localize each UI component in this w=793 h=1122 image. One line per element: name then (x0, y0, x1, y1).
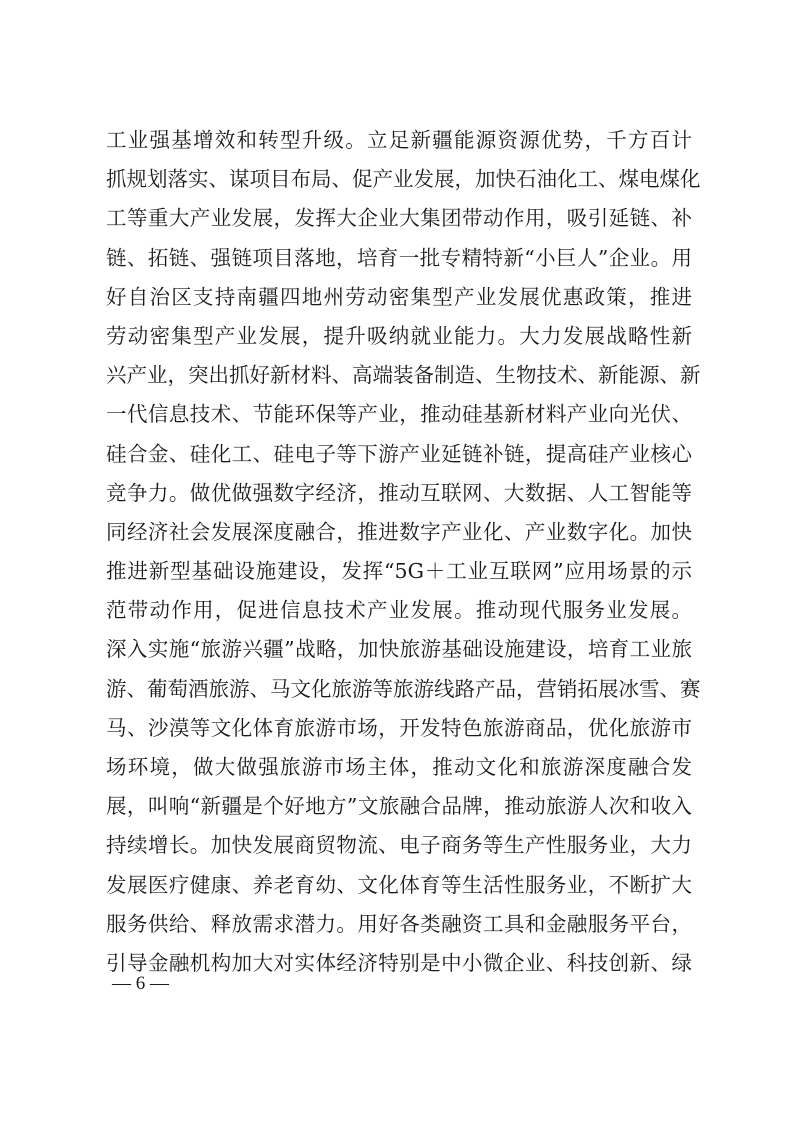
text-line: 服务供给、释放需求潜力。用好各类融资工具和金融服务平台， (106, 905, 692, 944)
text-line: 发展医疗健康、养老育幼、文化体育等生活性服务业，不断扩大 (106, 866, 692, 905)
text-line: 好自治区支持南疆四地州劳动密集型产业发展优惠政策，推进 (106, 278, 692, 317)
page-number: — 6 — (112, 972, 169, 996)
body-paragraph: 工业强基增效和转型升级。立足新疆能源资源优势，千方百计 抓规划落实、谋项目布局、… (106, 121, 692, 983)
text-line: 范带动作用，促进信息技术产业发展。推动现代服务业发展。 (106, 591, 692, 630)
text-line: 引导金融机构加大对实体经济特别是中小微企业、科技创新、绿 (106, 944, 692, 983)
text-line: 兴产业，突出抓好新材料、高端装备制造、生物技术、新能源、新 (106, 356, 692, 395)
text-line: 深入实施“旅游兴疆”战略，加快旅游基础设施建设，培育工业旅 (106, 630, 692, 669)
text-line: 劳动密集型产业发展，提升吸纳就业能力。大力发展战略性新 (106, 317, 692, 356)
text-line: 竞争力。做优做强数字经济，推动互联网、大数据、人工智能等 (106, 474, 692, 513)
text-line: 场环境，做大做强旅游市场主体，推动文化和旅游深度融合发 (106, 748, 692, 787)
text-line: 推进新型基础设施建设，发挥“5G＋工业互联网”应用场景的示 (106, 552, 692, 591)
text-line: 抓规划落实、谋项目布局、促产业发展，加快石油化工、煤电煤化 (106, 160, 692, 199)
text-line: 游、葡萄酒旅游、马文化旅游等旅游线路产品，营销拓展冰雪、赛 (106, 670, 692, 709)
text-line: 链、拓链、强链项目落地，培育一批专精特新“小巨人”企业。用 (106, 239, 692, 278)
text-line: 展，叫响“新疆是个好地方”文旅融合品牌，推动旅游人次和收入 (106, 787, 692, 826)
text-line: 马、沙漠等文化体育旅游市场，开发特色旅游商品，优化旅游市 (106, 709, 692, 748)
text-line: 一代信息技术、节能环保等产业，推动硅基新材料产业向光伏、 (106, 395, 692, 434)
text-line: 工等重大产业发展，发挥大企业大集团带动作用，吸引延链、补 (106, 199, 692, 238)
text-line: 工业强基增效和转型升级。立足新疆能源资源优势，千方百计 (106, 121, 692, 160)
text-line: 同经济社会发展深度融合，推进数字产业化、产业数字化。加快 (106, 513, 692, 552)
text-line: 持续增长。加快发展商贸物流、电子商务等生产性服务业，大力 (106, 826, 692, 865)
text-line: 硅合金、硅化工、硅电子等下游产业延链补链，提高硅产业核心 (106, 435, 692, 474)
document-page: 工业强基增效和转型升级。立足新疆能源资源优势，千方百计 抓规划落实、谋项目布局、… (0, 0, 793, 1122)
